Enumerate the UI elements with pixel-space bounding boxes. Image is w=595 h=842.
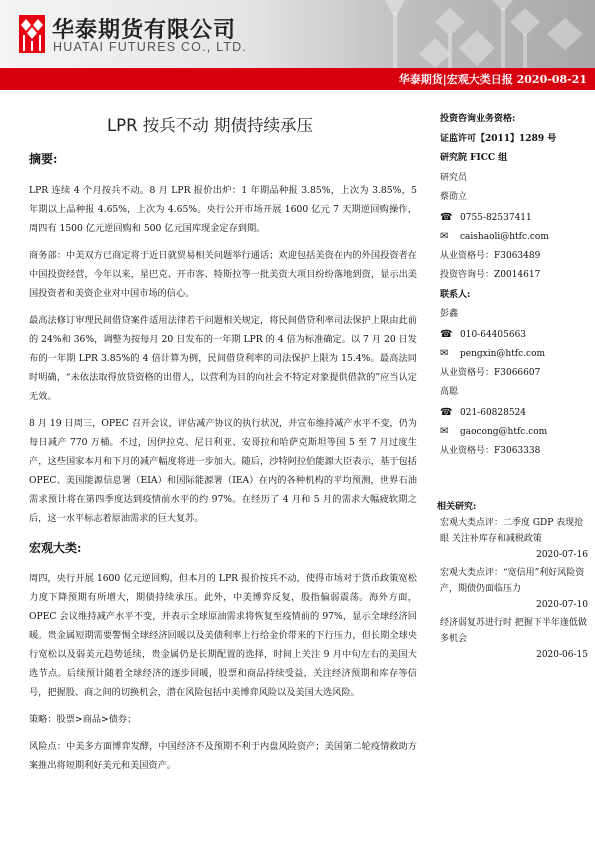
researcher-phone: ☎0755-82537411 bbox=[440, 208, 590, 228]
related-item-title[interactable]: 经济弱复苏进行时 把握下半年逢低做多机会 bbox=[440, 615, 590, 647]
researcher-consult-no: 投资咨询号：Z0014617 bbox=[440, 266, 590, 286]
email-icon: ✉ bbox=[440, 344, 460, 364]
related-item-date: 2020-07-10 bbox=[440, 597, 590, 613]
main-content: 摘要: LPR 连续 4 个月按兵不动。8 月 LPR 报价出炉：1 年期品种报… bbox=[29, 150, 417, 783]
research-group: 研究院 FICC 组 bbox=[440, 149, 590, 169]
related-item[interactable]: 经济弱复苏进行时 把握下半年逢低做多机会 2020-06-15 bbox=[440, 615, 590, 663]
contact-email[interactable]: ✉gaocong@htfc.com bbox=[440, 422, 590, 442]
related-heading: 相关研究: bbox=[437, 499, 590, 515]
email-icon: ✉ bbox=[440, 227, 460, 247]
related-item-date: 2020-07-16 bbox=[440, 547, 590, 563]
report-title: LPR 按兵不动 期债持续承压 bbox=[0, 112, 420, 136]
researcher-email[interactable]: ✉caishaoli@htfc.com bbox=[440, 227, 590, 247]
phone-icon: ☎ bbox=[440, 403, 460, 423]
contacts-label: 联系人: bbox=[440, 286, 590, 306]
contact-name: 彭鑫 bbox=[440, 305, 590, 325]
decorative-pattern-icon bbox=[325, 0, 595, 68]
header-banner: 华泰期货有限公司 HUATAI FUTURES CO., LTD. bbox=[0, 0, 595, 68]
researcher-role: 研究员 bbox=[440, 169, 590, 189]
phone-icon: ☎ bbox=[440, 325, 460, 345]
qualification-label: 投资咨询业务资格: bbox=[440, 110, 590, 130]
risk-paragraph: 风险点：中美多方面博弈发酵，中国经济不及预期不利于内盘风险资产；美国第二轮疫情救… bbox=[29, 737, 417, 775]
abstract-paragraph: LPR 连续 4 个月按兵不动。8 月 LPR 报价出炉：1 年期品种报 3.8… bbox=[29, 181, 417, 238]
related-item-title[interactable]: 宏观大类点评：“宽信用”利好风险资产，期债仍面临压力 bbox=[440, 565, 590, 597]
abstract-heading: 摘要: bbox=[29, 150, 417, 167]
related-research: 相关研究: 宏观大类点评：二季度 GDP 表现抢眼 关注补库存和减税政策 202… bbox=[440, 499, 590, 665]
sidebar: 投资咨询业务资格: 证监许可【2011】1289 号 研究院 FICC 组 研究… bbox=[440, 110, 590, 461]
report-line: 华泰期货|宏观大类日报 2020-08-21 bbox=[399, 71, 587, 87]
contact-name: 高聪 bbox=[440, 383, 590, 403]
related-item-date: 2020-06-15 bbox=[440, 647, 590, 663]
phone-icon: ☎ bbox=[440, 208, 460, 228]
related-item[interactable]: 宏观大类点评：二季度 GDP 表现抢眼 关注补库存和减税政策 2020-07-1… bbox=[440, 515, 590, 563]
macro-heading: 宏观大类: bbox=[29, 539, 417, 556]
related-item-title[interactable]: 宏观大类点评：二季度 GDP 表现抢眼 关注补库存和减税政策 bbox=[440, 515, 590, 547]
contact-practice-no: 从业资格号：F3066607 bbox=[440, 364, 590, 384]
abstract-paragraph: 8 月 19 日周三，OPEC 召开会议，评估减产协议的执行状况，并宣布维持减产… bbox=[29, 414, 417, 528]
related-item[interactable]: 宏观大类点评：“宽信用”利好风险资产，期债仍面临压力 2020-07-10 bbox=[440, 565, 590, 613]
contact-phone: ☎010-64405663 bbox=[440, 325, 590, 345]
company-name-en: HUATAI FUTURES CO., LTD. bbox=[53, 40, 247, 54]
researcher-name: 蔡劭立 bbox=[440, 188, 590, 208]
macro-paragraph: 周四，央行开展 1600 亿元逆回购，但本月的 LPR 报价按兵不动，使得市场对… bbox=[29, 569, 417, 702]
researcher-practice-no: 从业资格号：F3063489 bbox=[440, 247, 590, 267]
email-icon: ✉ bbox=[440, 422, 460, 442]
contact-practice-no: 从业资格号：F3063338 bbox=[440, 442, 590, 462]
contact-phone: ☎021-60828524 bbox=[440, 403, 590, 423]
abstract-paragraph: 商务部：中美双方已商定将于近日就贸易相关问题举行通话；欢迎包括美资在内的外国投资… bbox=[29, 246, 417, 303]
abstract-paragraph: 最高法修订审理民间借贷案件适用法律若干问题相关规定，将民间借贷利率司法保护上限由… bbox=[29, 311, 417, 406]
strategy-paragraph: 策略：股票>商品>债券； bbox=[29, 710, 417, 729]
contact-email[interactable]: ✉pengxin@htfc.com bbox=[440, 344, 590, 364]
company-logo-icon bbox=[19, 15, 45, 53]
license-number: 证监许可【2011】1289 号 bbox=[440, 130, 590, 150]
report-bar: 华泰期货|宏观大类日报 2020-08-21 bbox=[0, 68, 595, 90]
